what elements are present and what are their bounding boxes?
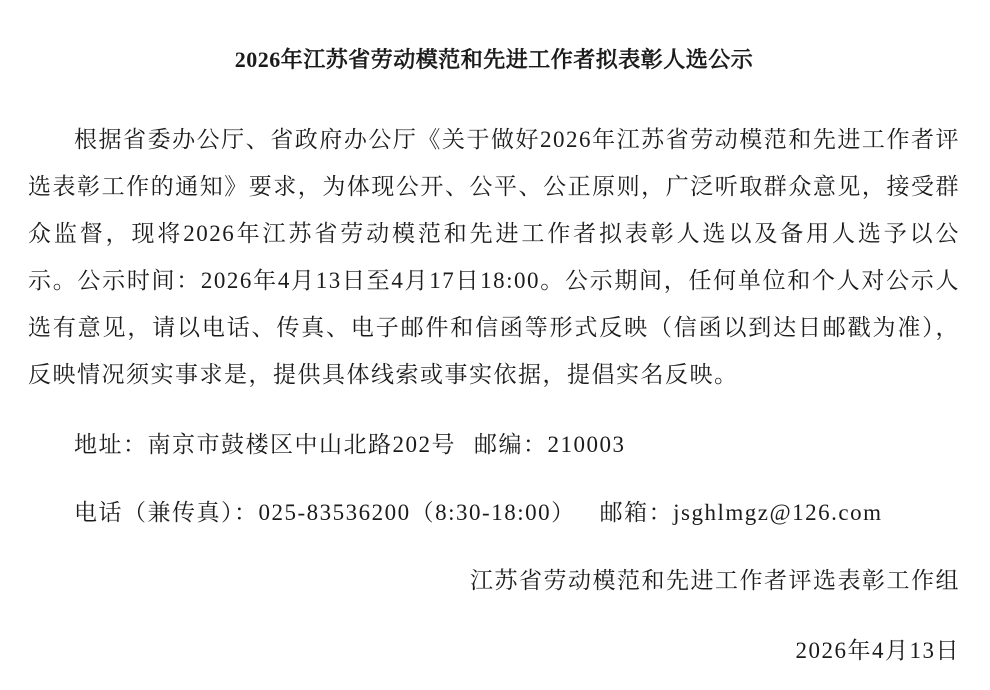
contact-line: 电话（兼传真）：025-83536200（8:30-18:00）邮箱：jsghl… bbox=[28, 489, 960, 536]
notice-body-paragraph: 根据省委办公厅、省政府办公厅《关于做好2026年江苏省劳动模范和先进工作者评选表… bbox=[28, 116, 960, 398]
address-line: 地址：南京市鼓楼区中山北路202号邮编：210003 bbox=[28, 421, 960, 468]
address-text: 地址：南京市鼓楼区中山北路202号 bbox=[74, 432, 456, 457]
document-title: 2026年江苏省劳动模范和先进工作者拟表彰人选公示 bbox=[28, 46, 960, 74]
phone-text: 电话（兼传真）：025-83536200（8:30-18:00） bbox=[74, 500, 576, 525]
date-line: 2026年4月13日 bbox=[28, 627, 960, 674]
email-text: 邮箱：jsghlmgz@126.com bbox=[600, 500, 883, 525]
postcode-text: 邮编：210003 bbox=[474, 432, 626, 457]
signature-line: 江苏省劳动模范和先进工作者评选表彰工作组 bbox=[28, 557, 960, 604]
notice-document: 2026年江苏省劳动模范和先进工作者拟表彰人选公示 根据省委办公厅、省政府办公厅… bbox=[0, 0, 990, 690]
